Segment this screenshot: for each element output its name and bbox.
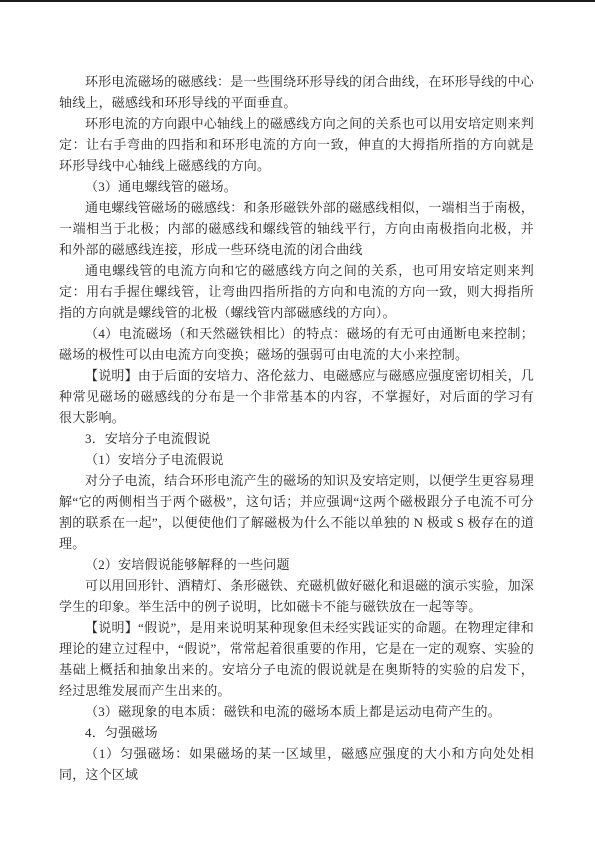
paragraph: 环形电流磁场的磁感线：是一些围绕环形导线的闭合曲线，在环形导线的中心轴线上，磁感… — [59, 71, 534, 113]
paragraph: （2）安培假说能够解释的一些问题 — [59, 554, 534, 575]
paragraph: （1）匀强磁场：如果磁场的某一区域里，磁感应强度的大小和方向处处相同，这个区域 — [59, 743, 534, 785]
paragraph: （3）磁现象的电本质：磁铁和电流的磁场本质上都是运动电荷产生的。 — [59, 701, 534, 722]
paragraph: 对分子电流，结合环形电流产生的磁场的知识及安培定则，以便学生更容易理解“它的两侧… — [59, 470, 534, 554]
paragraph: 通电螺线管磁场的磁感线：和条形磁铁外部的磁感线相似，一端相当于南极，一端相当于北… — [59, 197, 534, 260]
paragraph: 通电螺线管的电流方向和它的磁感线方向之间的关系，也可用安培定则来判定：用右手握住… — [59, 260, 534, 323]
paragraph: 【说明】“假说”，是用来说明某种现象但未经实践证实的命题。在物理定律和理论的建立… — [59, 617, 534, 701]
paragraph: 【说明】由于后面的安培力、洛伦兹力、电磁感应与磁感应强度密切相关，几种常见磁场的… — [59, 365, 534, 428]
document-body: 环形电流磁场的磁感线：是一些围绕环形导线的闭合曲线，在环形导线的中心轴线上，磁感… — [59, 71, 534, 785]
paragraph: 可以用回形针、酒精灯、条形磁铁、充磁机做好磁化和退磁的演示实验，加深学生的印象。… — [59, 575, 534, 617]
page-top-edge — [0, 0, 595, 2]
paragraph: （3）通电螺线管的磁场。 — [59, 176, 534, 197]
paragraph: 3．安培分子电流假说 — [59, 428, 534, 449]
document-page: 环形电流磁场的磁感线：是一些围绕环形导线的闭合曲线，在环形导线的中心轴线上，磁感… — [0, 0, 595, 841]
paragraph: （1）安培分子电流假说 — [59, 449, 534, 470]
paragraph: 环形电流的方向跟中心轴线上的磁感线方向之间的关系也可以用安培定则来判定：让右手弯… — [59, 113, 534, 176]
paragraph: （4）电流磁场（和天然磁铁相比）的特点：磁场的有无可由通断电来控制；磁场的极性可… — [59, 323, 534, 365]
paragraph: 4．匀强磁场 — [59, 722, 534, 743]
